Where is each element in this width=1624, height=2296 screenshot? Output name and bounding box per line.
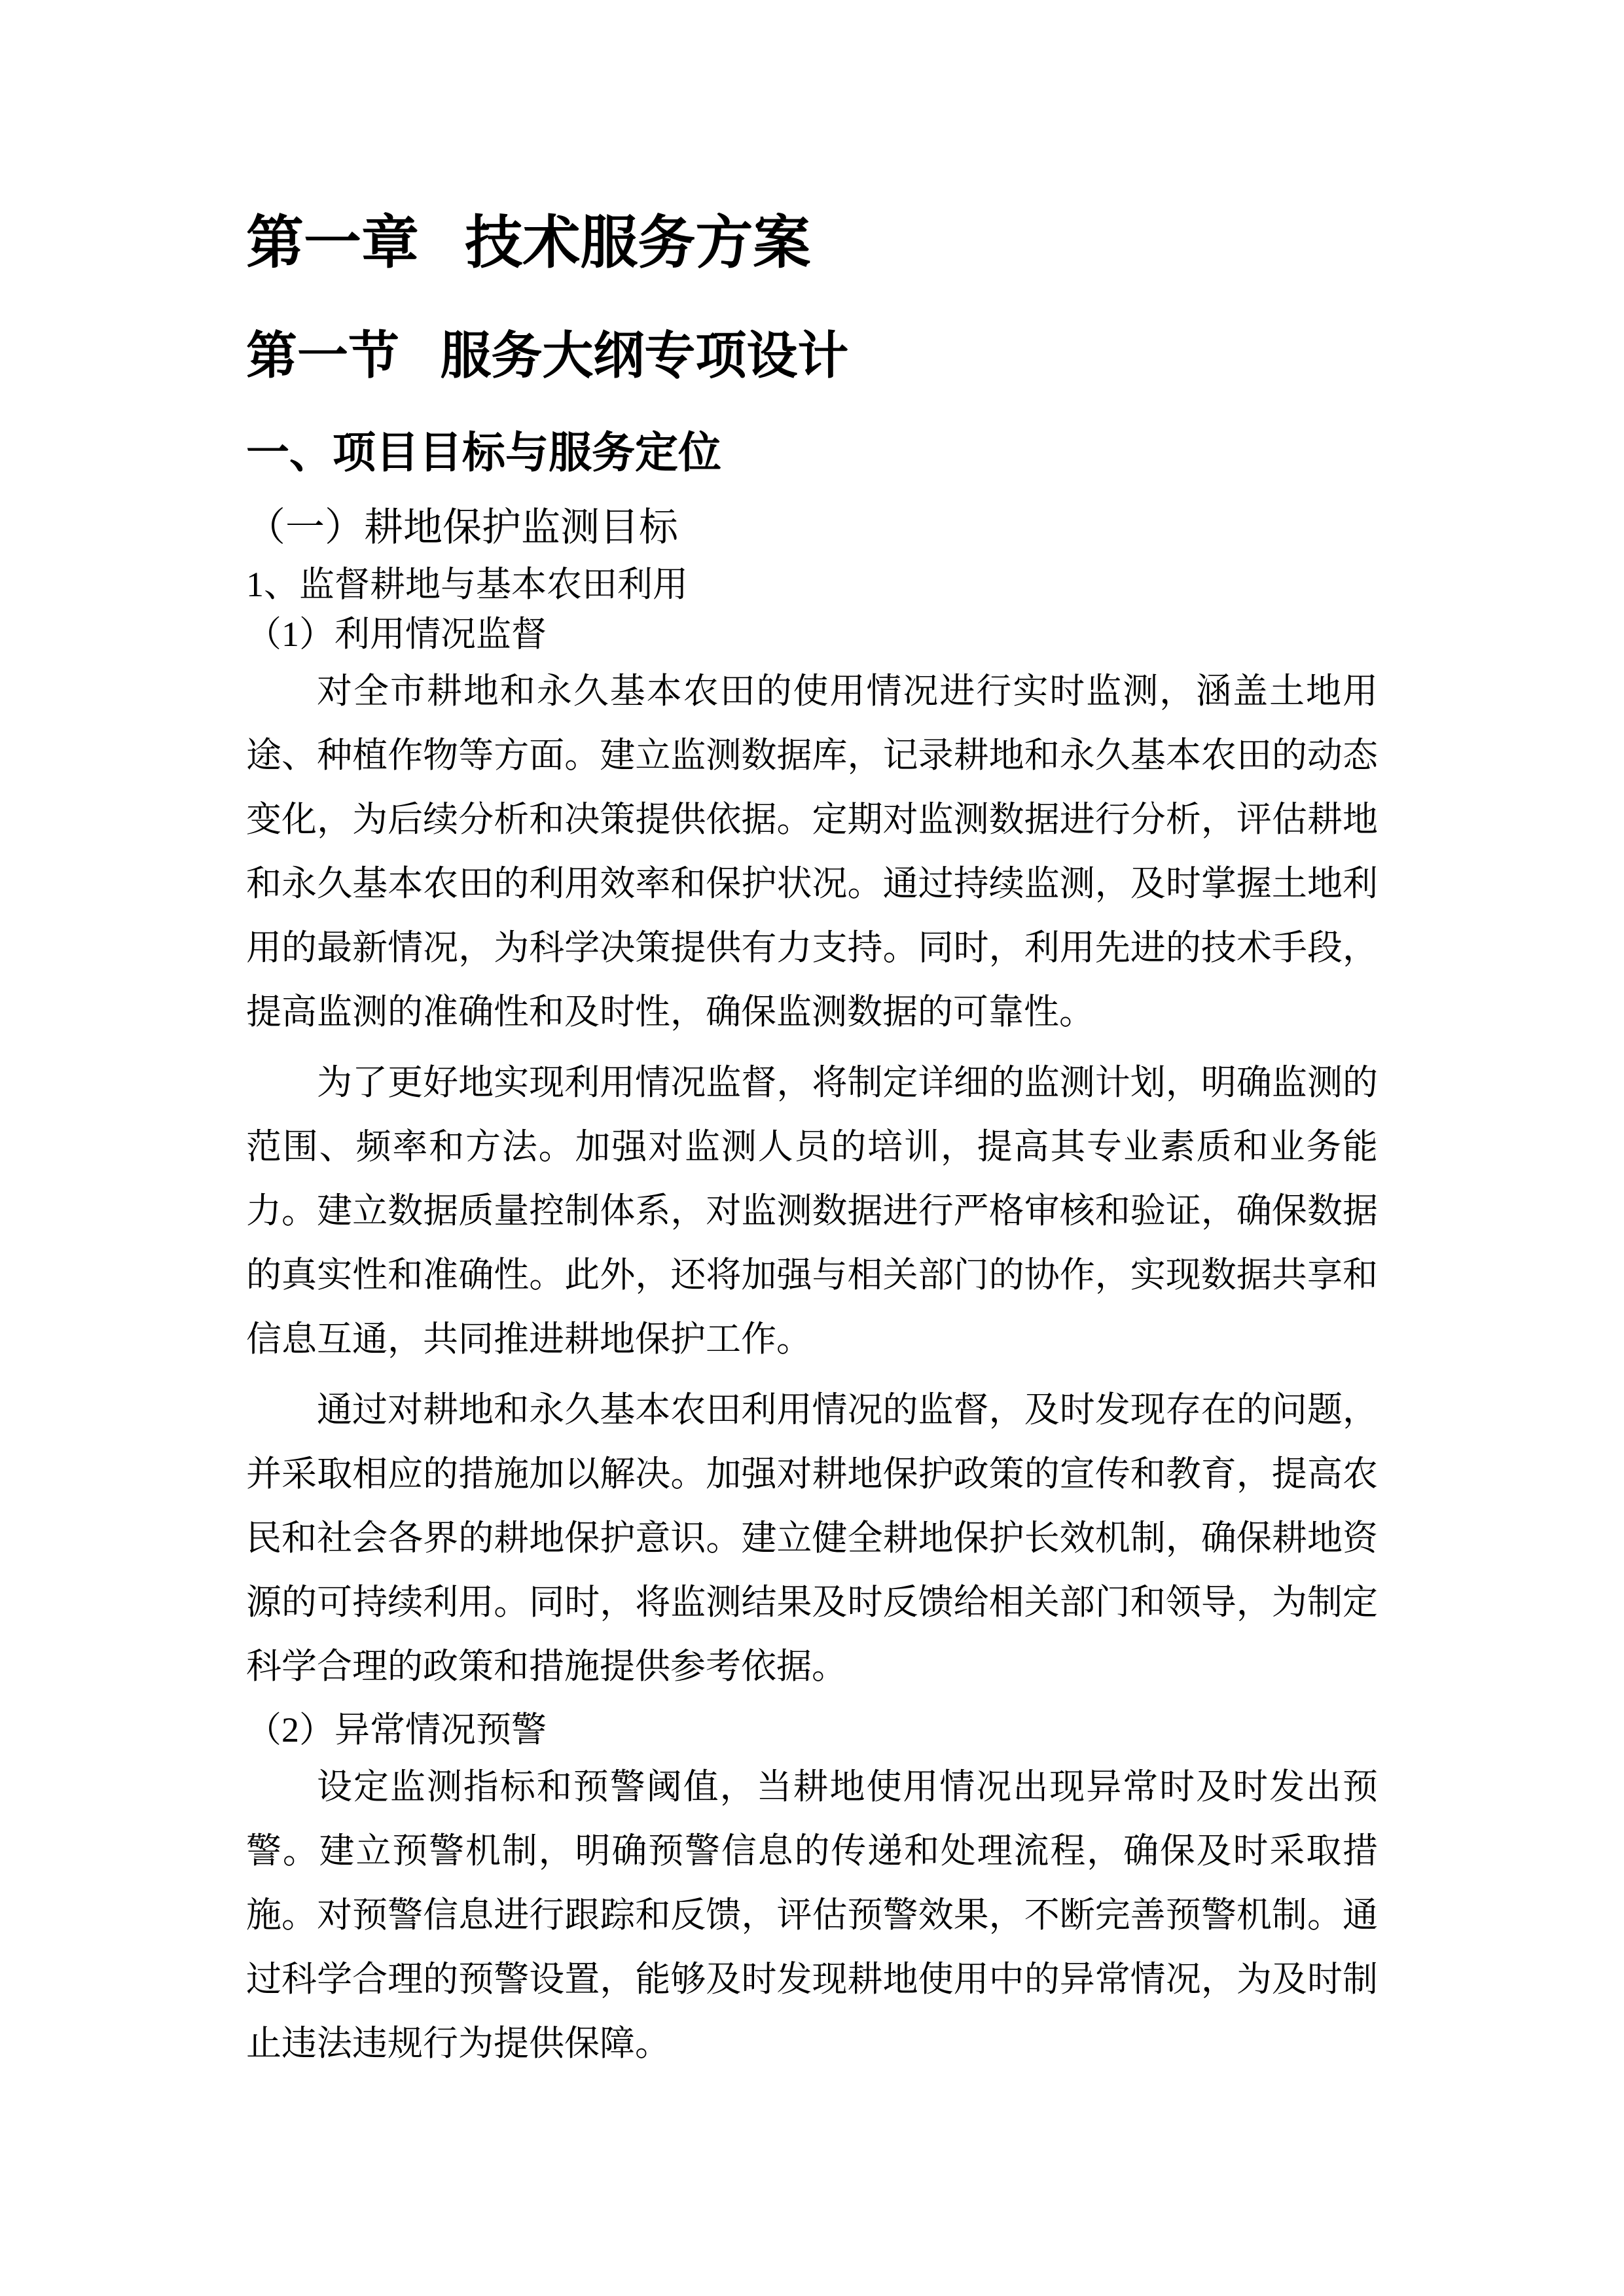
heading-supervise-farmland-use: 1、监督耕地与基本农田利用 xyxy=(246,560,1378,609)
subsection-body: 对全市耕地和永久基本农田的使用情况进行实时监测，涵盖土地用途、种植作物等方面。建… xyxy=(246,659,1378,1698)
subsection-abnormal-warning: （2）异常情况预警 设定监测指标和预警阈值，当耕地使用情况出现异常时及时发出预警… xyxy=(246,1705,1378,2075)
subsection-body: 设定监测指标和预警阈值，当耕地使用情况出现异常时及时发出预警。建立预警机制，明确… xyxy=(246,1755,1378,2075)
paragraph: 为了更好地实现利用情况监督，将制定详细的监测计划，明确监测的范围、频率和方法。加… xyxy=(246,1050,1378,1371)
paragraph: 设定监测指标和预警阈值，当耕地使用情况出现异常时及时发出预警。建立预警机制，明确… xyxy=(246,1755,1378,2075)
paragraph: 通过对耕地和永久基本农田利用情况的监督，及时发现存在的问题，并采取相应的措施加以… xyxy=(246,1378,1378,1698)
heading-abnormal-warning: （2）异常情况预警 xyxy=(246,1705,1378,1755)
heading-usage-supervision: （1）利用情况监督 xyxy=(246,609,1378,659)
heading-project-goals: 一、项目目标与服务定位 xyxy=(246,425,1378,482)
heading-farmland-monitoring-goals: （一）耕地保护监测目标 xyxy=(246,501,1378,554)
document-page: 第一章 技术服务方案 第一节 服务大纲专项设计 一、项目目标与服务定位 （一）耕… xyxy=(0,0,1624,2296)
paragraph: 对全市耕地和永久基本农田的使用情况进行实时监测，涵盖土地用途、种植作物等方面。建… xyxy=(246,659,1378,1044)
subsection-usage-supervision: （1）利用情况监督 对全市耕地和永久基本农田的使用情况进行实时监测，涵盖土地用途… xyxy=(246,609,1378,1698)
section-title: 第一节 服务大纲专项设计 xyxy=(246,324,1378,388)
document-content: 第一章 技术服务方案 第一节 服务大纲专项设计 一、项目目标与服务定位 （一）耕… xyxy=(0,0,1624,2075)
chapter-title: 第一章 技术服务方案 xyxy=(246,208,1378,280)
